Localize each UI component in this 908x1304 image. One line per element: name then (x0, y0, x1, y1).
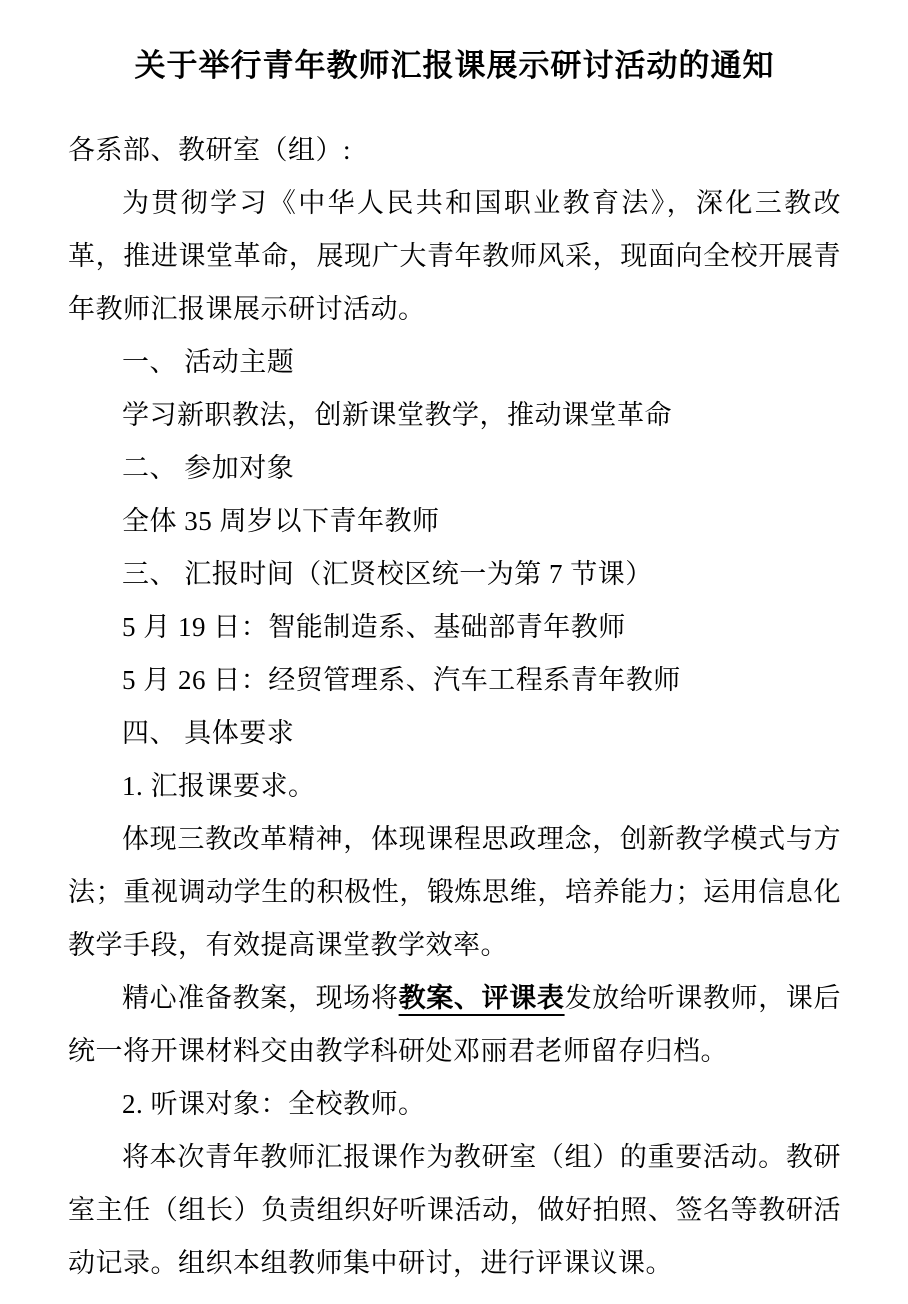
section-1-theme: 学习新职教法，创新课堂教学，推动课堂革命 (68, 389, 841, 442)
schedule-may-19: 5 月 19 日：智能制造系、基础部青年教师 (68, 601, 841, 654)
intro-paragraph: 为贯彻学习《中华人民共和国职业教育法》，深化三教改革，推进课堂革命，展现广大青年… (68, 177, 841, 336)
requirement-2-heading: 2. 听课对象：全校教师。 (68, 1078, 841, 1131)
document-page: 关于举行青年教师汇报课展示研讨活动的通知 各系部、教研室（组）: 为贯彻学习《中… (0, 0, 908, 1304)
section-2-participants: 全体 35 周岁以下青年教师 (68, 495, 841, 548)
schedule-may-26: 5 月 26 日：经贸管理系、汽车工程系青年教师 (68, 654, 841, 707)
requirement-1-materials: 精心准备教案，现场将教案、评课表发放给听课教师，课后统一将开课材料交由教学科研处… (68, 972, 841, 1078)
document-title: 关于举行青年教师汇报课展示研讨活动的通知 (68, 42, 841, 90)
section-2-heading: 二、 参加对象 (68, 442, 841, 495)
salutation: 各系部、教研室（组）: (68, 124, 841, 177)
materials-text-before: 精心准备教案，现场将 (122, 983, 399, 1013)
requirement-2-detail: 将本次青年教师汇报课作为教研室（组）的重要活动。教研室主任（组长）负责组织好听课… (68, 1131, 841, 1290)
requirement-1-heading: 1. 汇报课要求。 (68, 760, 841, 813)
requirement-1-detail: 体现三教改革精神，体现课程思政理念，创新教学模式与方法；重视调动学生的积极性，锻… (68, 813, 841, 972)
section-3-heading: 三、 汇报时间（汇贤校区统一为第 7 节课） (68, 548, 841, 601)
section-4-heading: 四、 具体要求 (68, 707, 841, 760)
section-1-heading: 一、 活动主题 (68, 336, 841, 389)
materials-emphasized-text: 教案、评课表 (399, 983, 565, 1013)
